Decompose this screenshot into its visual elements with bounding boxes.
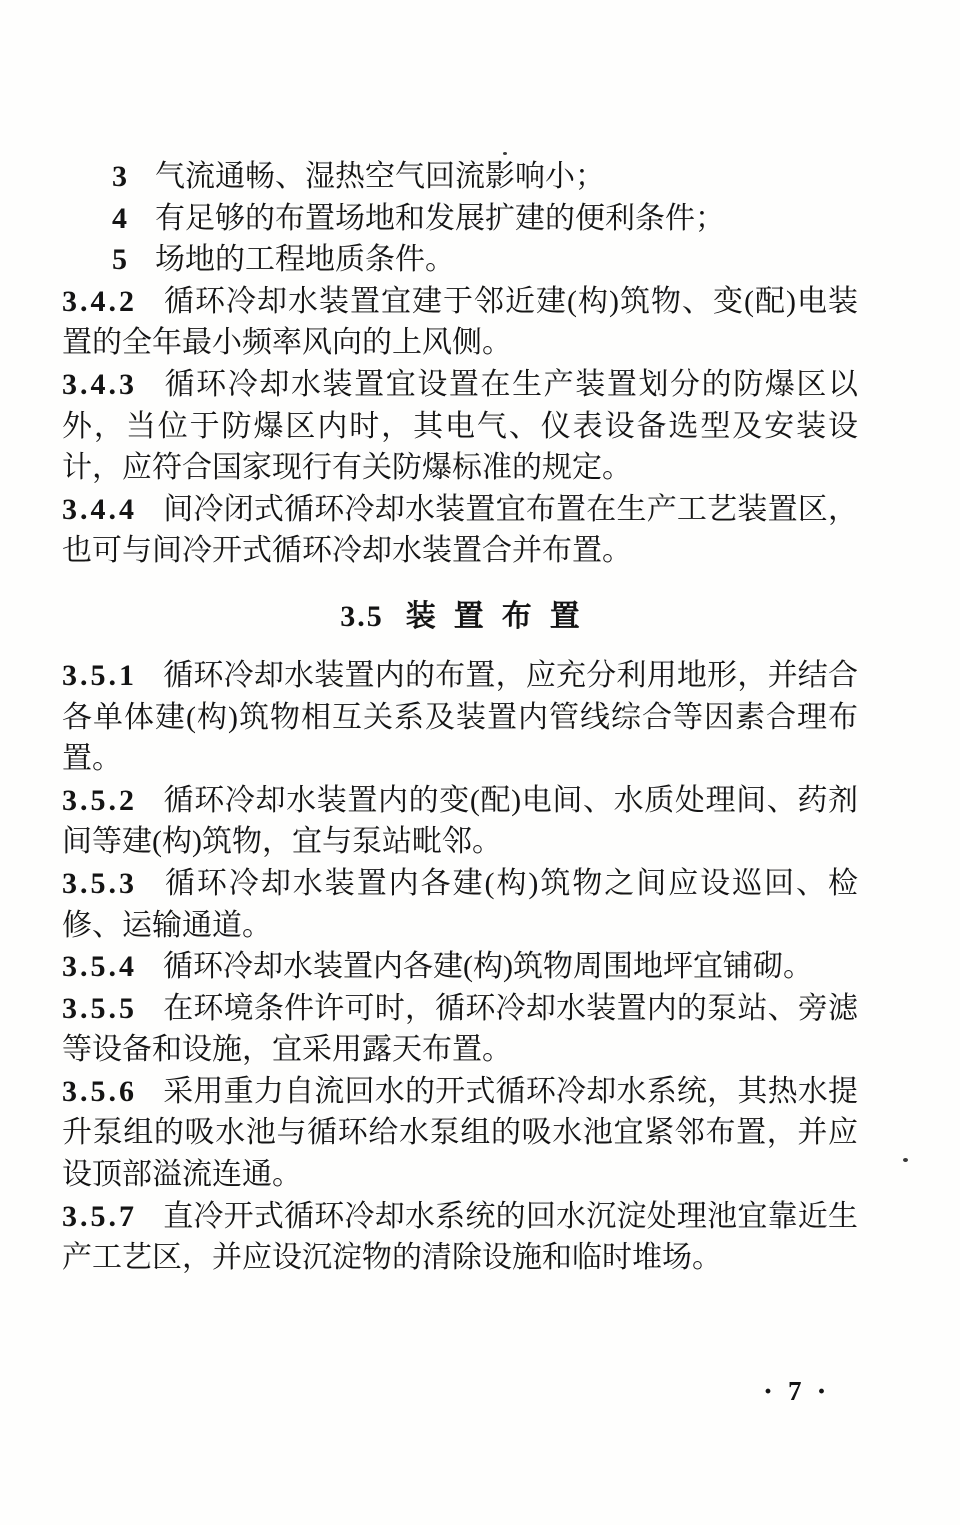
clause-number: 3.4.3 [62, 368, 137, 401]
clause-number: 3.5.6 [62, 1075, 137, 1108]
clause-number: 3.4.2 [62, 285, 137, 318]
clause-number: 3.5.1 [62, 659, 137, 692]
clause-text: 循环冷却水装置内的布置，应充分利用地形，并结合各单体建(构)筑物相互关系及装置内… [62, 659, 858, 775]
section-number: 3.5 [340, 600, 384, 633]
clause-3-5-7: 3.5.7直冷开式循环冷却水系统的回水沉淀处理池宜靠近生产工艺区，并应设沉淀物的… [62, 1196, 858, 1279]
clause-3-4-4: 3.4.4间冷闭式循环冷却水装置宜布置在生产工艺装置区，也可与间冷开式循环冷却水… [62, 489, 858, 572]
clause-text: 在环境条件许可时，循环冷却水装置内的泵站、旁滤等设备和设施，宜采用露天布置。 [62, 992, 858, 1067]
page-number: 7 [788, 1376, 802, 1407]
clause-text: 循环冷却水装置内的变(配)电间、水质处理间、药剂间等建(构)筑物，宜与泵站毗邻。 [62, 784, 858, 859]
clause-text: 循环冷却水装置内各建(构)筑物之间应设巡回、检修、运输通道。 [62, 867, 858, 942]
clause-text: 间冷闭式循环冷却水装置宜布置在生产工艺装置区，也可与间冷开式循环冷却水装置合并布… [62, 493, 858, 568]
clause-number: 3.4.4 [62, 493, 137, 526]
clause-3-5-3: 3.5.3循环冷却水装置内各建(构)筑物之间应设巡回、检修、运输通道。 [62, 863, 858, 946]
clause-number: 3.5.5 [62, 992, 137, 1025]
clause-3-5-5: 3.5.5在环境条件许可时，循环冷却水装置内的泵站、旁滤等设备和设施，宜采用露天… [62, 988, 858, 1071]
text-block: 3气流通畅、湿热空气回流影响小； 4有足够的布置场地和发展扩建的便利条件； 5场… [62, 156, 858, 1279]
section-title: 装置布置 [406, 600, 598, 633]
list-item-4: 4有足够的布置场地和发展扩建的便利条件； [62, 198, 858, 240]
clause-3-5-4: 3.5.4循环冷却水装置内各建(构)筑物周围地坪宜铺砌。 [62, 946, 858, 988]
list-item-5: 5场地的工程地质条件。 [62, 239, 858, 281]
list-item-text: 气流通畅、湿热空气回流影响小； [155, 160, 605, 193]
clause-3-5-6: 3.5.6采用重力自流回水的开式循环冷却水系统，其热水提升泵组的吸水池与循环给水… [62, 1071, 858, 1196]
scan-speck [503, 152, 507, 155]
clause-number: 3.5.4 [62, 950, 137, 983]
clause-3-5-2: 3.5.2循环冷却水装置内的变(配)电间、水质处理间、药剂间等建(构)筑物，宜与… [62, 780, 858, 863]
list-item-text: 有足够的布置场地和发展扩建的便利条件； [155, 202, 725, 235]
list-item-3: 3气流通畅、湿热空气回流影响小； [62, 156, 858, 198]
clause-text: 循环冷却水装置宜设置在生产装置划分的防爆区以外，当位于防爆区内时，其电气、仪表设… [62, 368, 858, 484]
clause-number: 3.5.2 [62, 784, 137, 817]
clause-text: 循环冷却水装置宜建于邻近建(构)筑物、变(配)电装置的全年最小频率风向的上风侧。 [62, 285, 858, 360]
list-item-number: 5 [112, 243, 127, 276]
document-page: 3气流通畅、湿热空气回流影响小； 4有足够的布置场地和发展扩建的便利条件； 5场… [0, 0, 960, 1525]
footer-right-dot: · [817, 1378, 827, 1405]
clause-text: 直冷开式循环冷却水系统的回水沉淀处理池宜靠近生产工艺区，并应设沉淀物的清除设施和… [62, 1200, 858, 1275]
clause-number: 3.5.7 [62, 1200, 137, 1233]
clause-3-4-2: 3.4.2循环冷却水装置宜建于邻近建(构)筑物、变(配)电装置的全年最小频率风向… [62, 281, 858, 364]
clause-3-4-3: 3.4.3循环冷却水装置宜设置在生产装置划分的防爆区以外，当位于防爆区内时，其电… [62, 364, 858, 489]
clause-text: 采用重力自流回水的开式循环冷却水系统，其热水提升泵组的吸水池与循环给水泵组的吸水… [62, 1075, 858, 1191]
page-number-footer: · 7 · [763, 1376, 827, 1407]
section-heading-3-5: 3.5装置布置 [62, 596, 858, 638]
clause-text: 循环冷却水装置内各建(构)筑物周围地坪宜铺砌。 [163, 950, 813, 983]
list-item-text: 场地的工程地质条件。 [155, 243, 455, 276]
clause-3-5-1: 3.5.1循环冷却水装置内的布置，应充分利用地形，并结合各单体建(构)筑物相互关… [62, 655, 858, 780]
footer-left-dot: · [763, 1378, 773, 1405]
scan-speck [903, 1158, 908, 1162]
list-item-number: 3 [112, 160, 127, 193]
list-item-number: 4 [112, 202, 127, 235]
clause-number: 3.5.3 [62, 867, 137, 900]
